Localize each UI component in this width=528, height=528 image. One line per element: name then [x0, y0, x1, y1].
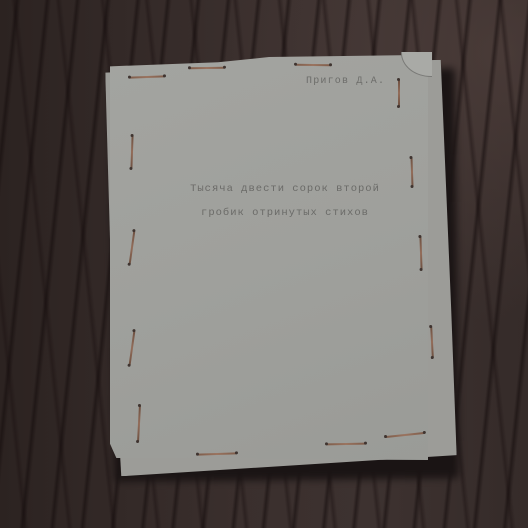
author-name: Пригов Д.А.: [306, 76, 385, 87]
manuscript-title: Тысяча двести сорок второй гробик отрину…: [160, 177, 410, 225]
photo-scene: Пригов Д.А. Тысяча двести сорок второй г…: [0, 0, 528, 528]
title-line-1: Тысяча двести сорок второй: [160, 177, 410, 201]
title-line-2: гробик отринутых стихов: [160, 201, 410, 225]
manuscript-cover-page: [110, 55, 428, 460]
staple-icon: [398, 79, 400, 107]
